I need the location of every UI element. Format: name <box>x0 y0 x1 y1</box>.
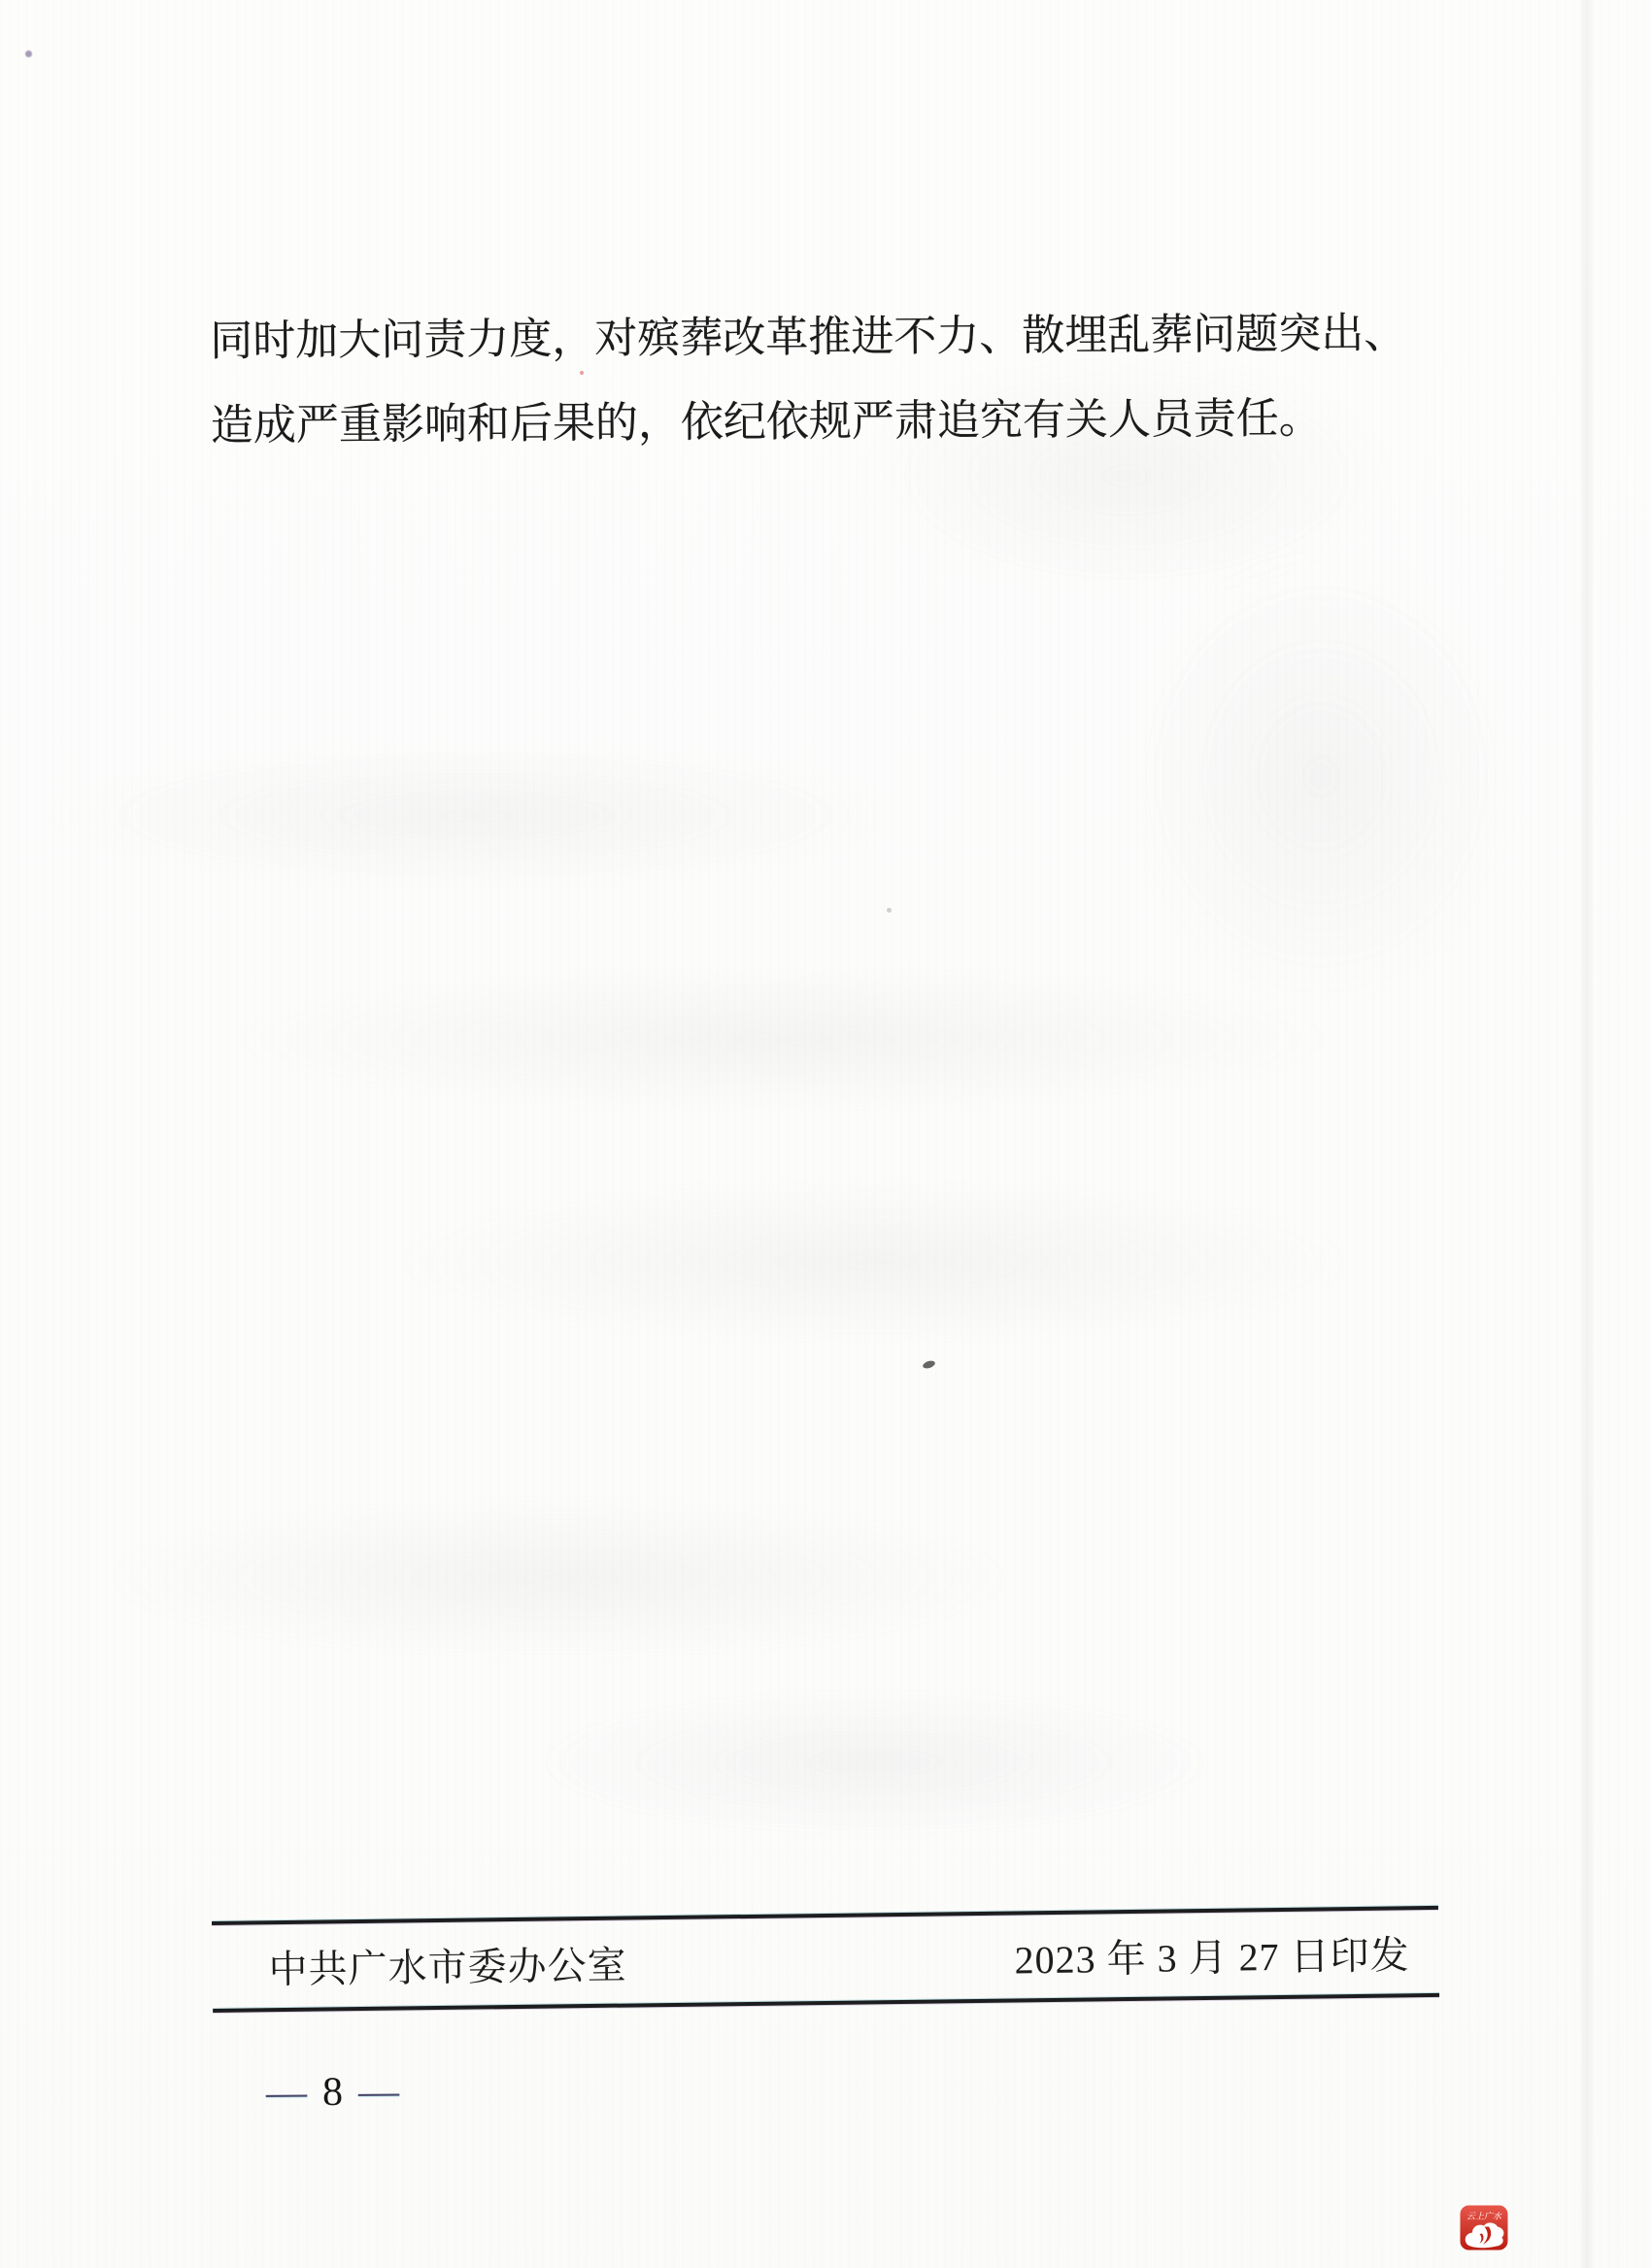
page-number-dash-right: — <box>358 2071 399 2112</box>
page-number-value: 8 <box>322 2072 343 2113</box>
logo-label: 云上广水 <box>1466 2212 1502 2221</box>
scan-edge-streak <box>1579 0 1595 2268</box>
issuing-office: 中共广水市委办公室 <box>268 1934 627 1994</box>
bleed-through-smudge <box>1117 544 1525 1010</box>
dust-speck <box>25 50 32 57</box>
bleed-through-smudge <box>39 738 913 893</box>
dust-speck <box>922 1359 936 1370</box>
body-paragraph: 同时加大问责力度，对殡葬改革推进不力、散埋乱葬问题突出、 造成严重影响和后果的，… <box>210 291 1434 468</box>
colophon: 中共广水市委办公室 2023 年 3 月 27 日印发 <box>212 1906 1439 2013</box>
dust-speck <box>887 908 892 913</box>
colophon-row: 中共广水市委办公室 2023 年 3 月 27 日印发 <box>212 1910 1439 2009</box>
print-date: 2023 年 3 月 27 日印发 <box>1014 1924 1410 1984</box>
bleed-through-smudge <box>534 1689 1214 1835</box>
page-number: — 8 — <box>266 2071 399 2113</box>
paragraph-line-2: 造成严重影响和后果的，依纪依规严肃追究有关人员责任。 <box>211 376 1435 468</box>
paragraph-line-1: 同时加大问责力度，对殡葬改革推进不力、散埋乱葬问题突出、 <box>210 291 1434 384</box>
yunshang-guangshui-logo: 云上广水 <box>1460 2205 1508 2251</box>
bleed-through-smudge <box>223 961 1340 1117</box>
page-number-dash-left: — <box>266 2072 307 2113</box>
app-logo-icon: 云上广水 <box>1460 2205 1508 2251</box>
scanned-document-page: 同时加大问责力度，对殡葬改革推进不力、散埋乱葬问题突出、 造成严重影响和后果的，… <box>0 0 1651 2268</box>
bleed-through-smudge <box>388 1175 1360 1350</box>
bleed-through-smudge <box>97 1495 1020 1660</box>
